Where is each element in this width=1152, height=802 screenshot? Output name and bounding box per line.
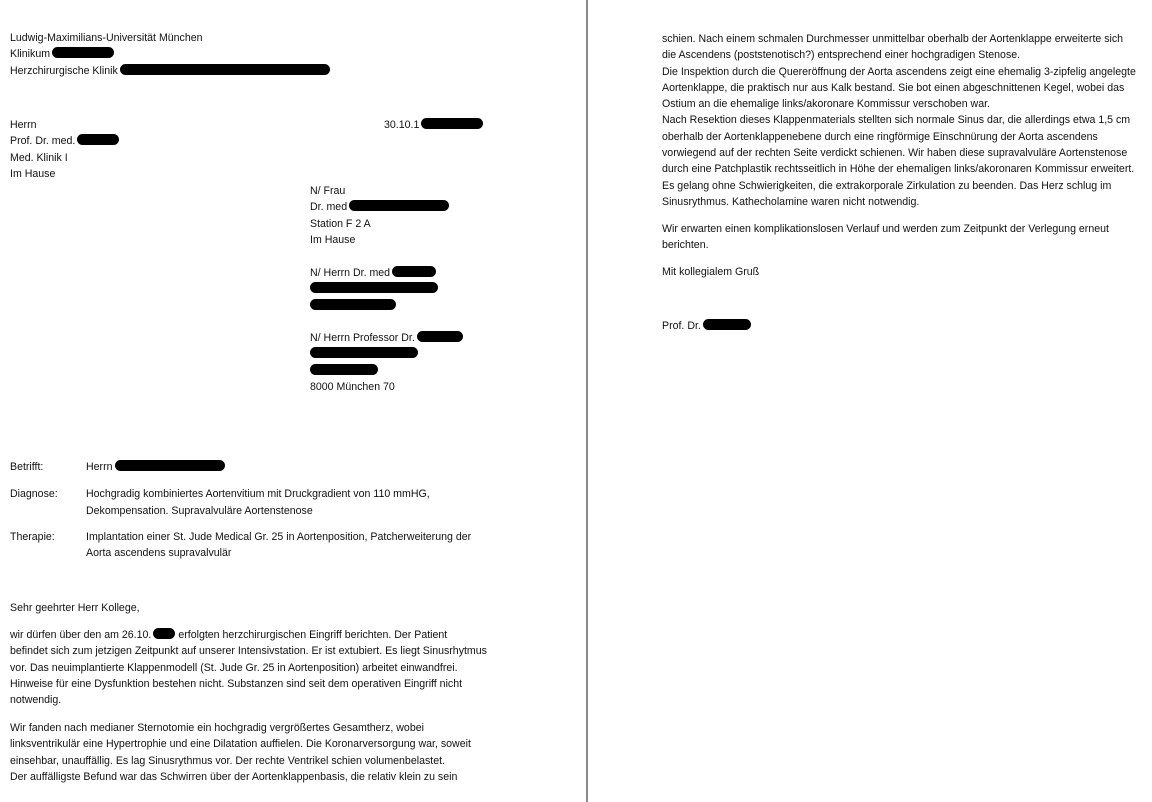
recipient-line: Im Hause [10, 166, 119, 182]
clinic-line: Klinikum [10, 46, 330, 62]
body-paragraph-1: wir dürfen über den am 26.10.erfolgten h… [10, 627, 487, 708]
document-page-2: schien. Nach einem schmalen Durchmesser … [589, 0, 1152, 802]
redaction [310, 299, 396, 310]
redaction [115, 460, 225, 471]
copy-recipient-1: N/ Frau Dr. med Station F 2 A Im Hause [310, 183, 449, 248]
redaction [349, 200, 449, 211]
copy-recipient-3: N/ Herrn Professor Dr. 8000 München 70 [310, 330, 463, 395]
recipient-line: Herrn [10, 117, 119, 133]
redaction [310, 364, 378, 375]
redaction [77, 134, 119, 145]
redaction [153, 628, 175, 639]
betrifft-row: Betrifft: Herrn [10, 459, 570, 475]
redaction [52, 47, 114, 58]
redaction [310, 282, 438, 293]
page2-paragraph-1: schien. Nach einem schmalen Durchmesser … [662, 31, 1136, 210]
recipient-address: Herrn Prof. Dr. med. Med. Klinik I Im Ha… [10, 117, 119, 182]
page2-paragraph-2: Wir erwarten einen komplikationslosen Ve… [662, 221, 1109, 254]
redaction [417, 331, 463, 342]
letterhead: Ludwig-Maximilians-Universität München K… [10, 30, 330, 79]
redaction [421, 118, 483, 129]
page-divider [586, 0, 588, 802]
diagnose-row: Diagnose: Hochgradig kombiniertes Aorten… [10, 486, 570, 519]
letter-date: 30.10.1 [384, 117, 483, 133]
document-page-1: Ludwig-Maximilians-Universität München K… [0, 0, 586, 802]
redaction [120, 64, 330, 75]
recipient-line: Med. Klinik I [10, 150, 119, 166]
subject-block: Betrifft: Herrn Diagnose: Hochgradig kom… [10, 459, 570, 561]
redaction [703, 319, 751, 330]
department-line: Herzchirurgische Klinik [10, 63, 330, 79]
therapie-row: Therapie: Implantation einer St. Jude Me… [10, 529, 570, 562]
body-paragraph-2: Wir fanden nach medianer Sternotomie ein… [10, 720, 471, 785]
university-name: Ludwig-Maximilians-Universität München [10, 30, 330, 46]
recipient-line: Prof. Dr. med. [10, 133, 119, 149]
redaction [392, 266, 436, 277]
signature: Prof. Dr. [662, 318, 751, 334]
salutation: Sehr geehrter Herr Kollege, [10, 600, 140, 616]
copy-recipient-2: N/ Herrn Dr. med [310, 265, 438, 314]
closing: Mit kollegialem Gruß [662, 264, 759, 280]
redaction [310, 347, 418, 358]
